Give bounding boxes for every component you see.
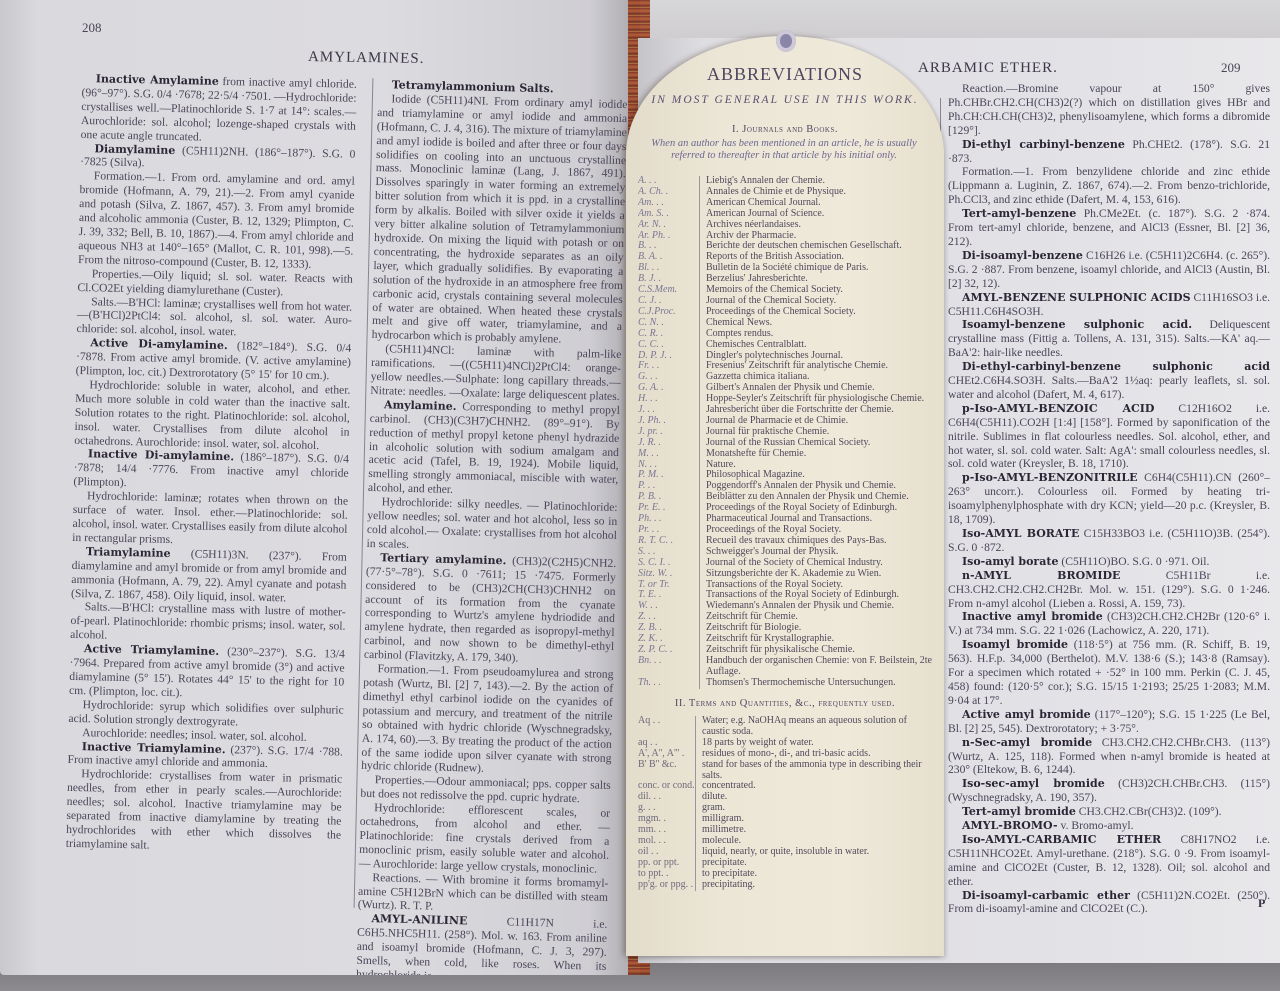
entry-text: Salts.—B'HCl: laminæ; crystallises well …	[76, 295, 352, 339]
entry-heading: AMYL-BENZENE SULPHONIC ACIDS	[962, 291, 1191, 304]
entry-text: CHEt2.C6H4.SO3H. Salts.—BaA'2 1½aq: pear…	[948, 374, 1270, 401]
entry-heading: Iso-amyl borate	[962, 555, 1058, 568]
article-paragraph: Di-isoamyl-benzene C16H26 i.e. (C5H11)2C…	[948, 249, 1270, 291]
abbreviation-meaning: Thomsen's Thermochemische Untersuchungen…	[700, 678, 896, 689]
abbreviation: Pr. . .	[638, 525, 700, 536]
abbreviation: R. T. C. .	[638, 536, 700, 547]
entry-heading: n-AMYL BROMIDE	[962, 569, 1120, 582]
article-paragraph: Formation.—1. From pseudoamylurea and st…	[361, 662, 614, 779]
abbreviation: C.J.Proc.	[638, 307, 700, 318]
section-heading-terms: II. Terms and Quantities, &c., frequentl…	[626, 698, 944, 709]
entry-text: Hydrochloride: soluble in water, alcohol…	[74, 378, 350, 451]
abbreviation-row: C. C. .Chemisches Centralblatt.	[638, 340, 934, 351]
entry-heading: Di-ethyl-carbinyl-benzene sulphonic acid	[962, 360, 1270, 373]
entry-heading: Amylamine.	[384, 398, 457, 413]
abbreviation: Z. P. C. .	[638, 645, 700, 656]
abbreviation-row: Am. S. .American Journal of Science.	[638, 209, 934, 220]
abbreviation: A', A'', A''' .	[638, 749, 696, 760]
abbreviation: oil . .	[638, 847, 696, 858]
entry-text: Reactions. — With bromine it forms broma…	[358, 871, 609, 913]
entry-heading: Iso-AMYL BORATE	[962, 527, 1079, 540]
article-paragraph: Iso-amyl borate (C5H11O)BO. S.G. 0 ·971.…	[948, 555, 1270, 569]
abbreviation: Ph. . .	[638, 514, 700, 525]
abbreviation-row: Bn. . .Handbuch der organischen Chemie: …	[638, 656, 934, 678]
left-column-2: Tetramylammonium Salts.Iodide (C5H11)4NI…	[356, 78, 628, 975]
abbreviation: J. . .	[638, 405, 700, 416]
entry-heading: Isoamyl-benzene sulphonic acid.	[962, 318, 1192, 331]
article-paragraph: Triamylamine (C5H11)3N. (237°). From dia…	[71, 545, 347, 606]
entry-heading: Active amyl bromide	[962, 708, 1091, 721]
entry-text: Hydrochloride: syrup which solidifies ov…	[68, 698, 344, 728]
abbreviation-row: to ppt. .to precipitate.	[638, 869, 934, 880]
abbreviation-row: Sitz. W. .Sitzungsberichte der K. Akadem…	[638, 569, 934, 580]
abbreviation-meaning: stand for bases of the ammonia type in d…	[696, 760, 934, 782]
article-paragraph: Hydrochloride: laminæ; rotates when thro…	[72, 489, 348, 550]
article-paragraph: Iodide (C5H11)4NI. From ordinary amyl io…	[372, 92, 628, 348]
entry-heading: Iso-sec-amyl bromide	[962, 777, 1105, 790]
entry-heading: Tert-amyl bromide	[962, 805, 1076, 818]
abbreviation: Ar. N. .	[638, 220, 700, 231]
abbreviation: S. C. I. .	[638, 558, 700, 569]
journals-abbreviation-table: A. . .Liebig's Annalen der Chemie.A. Ch.…	[638, 176, 934, 689]
entry-heading: Iso-AMYL-CARBAMIC ETHER	[962, 833, 1161, 846]
abbreviation: H. . .	[638, 394, 700, 405]
abbreviation: C. C. .	[638, 340, 700, 351]
entry-text: Properties.—Oily liquid; sl. sol. water.…	[77, 267, 353, 298]
abbreviations-bookmark[interactable]: ABBREVIATIONS IN MOST GENERAL USE IN THI…	[626, 36, 944, 956]
entry-text: Hydrochloride: laminæ; rotates when thro…	[72, 489, 348, 546]
abbreviation: Pr. E. .	[638, 503, 700, 514]
article-paragraph: Inactive amyl bromide (CH3)2CH.CH2.CH2Br…	[948, 610, 1270, 638]
article-paragraph: Hydrochloride: soluble in water, alcohol…	[74, 378, 350, 453]
article-paragraph: Tert-amyl bromide CH3.CH2.CBr(CH3)2. (10…	[948, 805, 1270, 819]
abbreviation-row: C.J.Proc.Proceedings of the Chemical Soc…	[638, 307, 934, 318]
entry-heading: Diamylamine	[94, 142, 175, 157]
abbreviation: mgm. .	[638, 814, 696, 825]
terms-abbreviation-table: Aq . .Water; e.g. NaOHAq means an aqueou…	[638, 716, 934, 891]
abbreviation: P. . .	[638, 481, 700, 492]
abbreviation: dil. . .	[638, 792, 696, 803]
section-note: When an author has been mentioned in an …	[644, 138, 924, 162]
entry-heading: p-Iso-AMYL-BENZOIC ACID	[962, 402, 1154, 415]
article-paragraph: Amylamine. Corresponding to methyl propy…	[368, 398, 620, 501]
abbreviation: T. or Tr.	[638, 580, 700, 591]
article-paragraph: Active Di-amylamine. (182°–184°). S.G. 0…	[76, 336, 352, 383]
abbreviation: C. N. .	[638, 318, 700, 329]
abbreviation: P. B. .	[638, 492, 700, 503]
article-paragraph: Iso-sec-amyl bromide (CH3)2CH.CHBr.CH3. …	[948, 777, 1270, 805]
entry-text: Hydrochloride: silky needles. — Platinoc…	[366, 495, 617, 550]
article-paragraph: Isoamyl bromide (118·5°) at 756 mm. (R. …	[948, 638, 1270, 708]
abbreviation: Bn. . .	[638, 656, 700, 678]
page-number-left: 208	[82, 20, 102, 36]
entry-text: (C5H11)4NCl: laminæ with palm-like ramif…	[370, 342, 621, 402]
entry-heading: Tert-amyl-benzene	[962, 207, 1076, 220]
bookmark-title: ABBREVIATIONS	[626, 64, 944, 85]
abbreviation: Fr. . .	[638, 361, 700, 372]
abbreviation: Ar. Ph. .	[638, 231, 700, 242]
entry-text: Formation.—1. From benzylidene chloride …	[948, 165, 1270, 206]
entry-text: v. Bromo-amyl.	[1058, 819, 1134, 832]
article-paragraph: Inactive Amylamine from inactive amyl ch…	[81, 72, 357, 147]
article-paragraph: p-Iso-AMYL-BENZOIC ACID C12H16O2 i.e. C6…	[948, 402, 1270, 472]
entry-text: CH3.CH2.CBr(CH3)2. (109°).	[1076, 805, 1222, 818]
abbreviation: aq . .	[638, 738, 696, 749]
abbreviation-meaning: Comptes rendus.	[700, 329, 773, 340]
entry-text: Corresponding to methyl propyl carbinol.…	[368, 400, 620, 496]
article-paragraph: Isoamyl-benzene sulphonic acid. Deliques…	[948, 318, 1270, 360]
article-paragraph: AMYL-ANILINE C11H17N i.e. C6H5.NHC5H11. …	[356, 912, 608, 975]
abbreviation-meaning: precipitating.	[696, 880, 755, 891]
abbreviation-row: S. C. I. .Journal of the Society of Chem…	[638, 558, 934, 569]
abbreviation: C. R. .	[638, 329, 700, 340]
abbreviation-row: oil . .liquid, nearly, or quite, insolub…	[638, 847, 934, 858]
abbreviation: Sitz. W. .	[638, 569, 700, 580]
abbreviation-meaning: Archives néerlandaises.	[700, 220, 801, 231]
entry-heading: Triamylamine	[86, 545, 171, 560]
abbreviation: B. . .	[638, 241, 700, 252]
abbreviation: B. A. .	[638, 252, 700, 263]
abbreviation-row: conc. or cond.concentrated.	[638, 781, 934, 792]
article-paragraph: Formation.—1. From ord. amylamine and or…	[78, 169, 355, 272]
article-paragraph: Di-ethyl carbinyl-benzene Ph.CHEt2. (178…	[948, 138, 1270, 166]
entry-text: Hydrochloride: efflorescent scales, or o…	[359, 801, 611, 875]
abbreviation: Z. B. .	[638, 623, 700, 634]
entry-text: (CH3)2(C2H5)CNH2. (77·5°–78°). S.G. 0 ·7…	[364, 554, 617, 665]
abbreviation: N. . .	[638, 460, 700, 471]
abbreviation-meaning: Chemisches Centralblatt.	[700, 340, 807, 351]
abbreviation: Z. K. .	[638, 634, 700, 645]
abbreviation: to ppt. .	[638, 869, 696, 880]
entry-text: Iodide (C5H11)4NI. From ordinary amyl io…	[372, 92, 628, 346]
abbreviation: A. Ch. .	[638, 187, 700, 198]
abbreviation: C. J. .	[638, 296, 700, 307]
abbreviation: J. pr. .	[638, 427, 700, 438]
abbreviation: W. . .	[638, 601, 700, 612]
abbreviation: B' B'' &c.	[638, 760, 696, 782]
article-paragraph: Salts.—B'HCl: crystalline mass with lust…	[70, 600, 346, 647]
abbreviation: J. R. .	[638, 438, 700, 449]
abbreviation: D. P. J. .	[638, 351, 700, 362]
article-paragraph: Active Triamylamine. (230°–237°). S.G. 1…	[69, 642, 345, 703]
abbreviation-row: M. . .Monatshefte für Chemie.	[638, 449, 934, 460]
entry-heading: Inactive amyl bromide	[962, 610, 1103, 623]
abbreviation: G. A. .	[638, 383, 700, 394]
abbreviation: T. E. .	[638, 590, 700, 601]
page-number-right: 209	[1221, 60, 1241, 76]
abbreviation: Z. . .	[638, 612, 700, 623]
entry-heading: AMYL-ANILINE	[371, 912, 467, 927]
article-paragraph: Iso-AMYL BORATE C15H33BO3 i.e. (C5H11O)3…	[948, 527, 1270, 555]
article-paragraph: Reactions. — With bromine it forms broma…	[358, 870, 609, 918]
abbreviation: Bl. . .	[638, 263, 700, 274]
article-paragraph: Active amyl bromide (117°–120°); S.G. 15…	[948, 708, 1270, 736]
article-paragraph: (C5H11)4NCl: laminæ with palm-like ramif…	[370, 342, 621, 404]
article-paragraph: Hydrochloride: crystallises from water i…	[66, 767, 343, 856]
entry-heading: Di-ethyl carbinyl-benzene	[962, 138, 1125, 151]
abbreviation-meaning: to precipitate.	[696, 869, 757, 880]
entry-heading: Di-isoamyl-benzene	[962, 249, 1083, 262]
entry-heading: n-Sec-amyl bromide	[962, 736, 1092, 749]
abbreviation: M. . .	[638, 449, 700, 460]
abbreviation-meaning: Sitzungsberichte der K. Akademie zu Wien…	[700, 569, 881, 580]
article-paragraph: Formation.—1. From benzylidene chloride …	[948, 165, 1270, 207]
abbreviation: pp. or ppt.	[638, 858, 696, 869]
article-paragraph: n-AMYL BROMIDE C5H11Br i.e. CH3.CH2.CH2.…	[948, 569, 1270, 611]
abbreviation-row: A', A'', A''' .residues of mono-, di-, a…	[638, 749, 934, 760]
article-paragraph: Salts.—B'HCl: laminæ; crystallises well …	[76, 294, 352, 341]
abbreviation: A. . .	[638, 176, 700, 187]
abbreviation: g. . .	[638, 803, 696, 814]
abbreviation-row: pp'g. or ppg. .precipitating.	[638, 880, 934, 891]
entry-text: Formation.—1. From pseudoamylurea and st…	[361, 662, 614, 775]
abbreviation-meaning: residues of mono-, di-, and tri-basic ac…	[696, 749, 871, 760]
article-paragraph: Reaction.—Bromine vapour at 150° gives P…	[948, 82, 1270, 138]
article-paragraph: Tertiary amylamine. (CH3)2(C2H5)CNH2. (7…	[364, 551, 617, 668]
article-paragraph: n-Sec-amyl bromide CH3.CH2.CH2.CHBr.CH3.…	[948, 736, 1270, 778]
article-paragraph: Di-ethyl-carbinyl-benzene sulphonic acid…	[948, 360, 1270, 402]
abbreviation: C.S.Mem.	[638, 285, 700, 296]
bookmark-subtitle: IN MOST GENERAL USE IN THIS WORK.	[626, 94, 944, 106]
entry-heading: Di-isoamyl-carbamic ether	[962, 889, 1130, 902]
article-paragraph: Iso-AMYL-CARBAMIC ETHER C8H17NO2 i.e. C5…	[948, 833, 1270, 889]
bookmark-punch-hole	[776, 30, 796, 52]
left-page: 208 AMYLAMINES. Inactive Amylamine from …	[0, 0, 640, 975]
section-heading-journals: I. Journals and Books.	[626, 124, 944, 135]
entry-heading: p-Iso-AMYL-BENZONITRILE	[962, 471, 1138, 484]
abbreviation: P. M. .	[638, 470, 700, 481]
entry-heading: Isoamyl bromide	[962, 638, 1068, 651]
abbreviation: S. . .	[638, 547, 700, 558]
entry-heading: AMYL-BROMO-	[962, 819, 1058, 832]
abbreviation: mm. . .	[638, 825, 696, 836]
article-paragraph: Hydrochloride: silky needles. — Platinoc…	[366, 495, 617, 557]
entry-text: Formation.—1. From ord. amylamine and or…	[78, 170, 355, 271]
abbreviation-row: g. . .gram.	[638, 803, 934, 814]
abbreviation-meaning: Handbuch der organischen Chemie: von F. …	[700, 656, 934, 678]
abbreviation-meaning: Water; e.g. NaOHAq means an aqueous solu…	[696, 716, 934, 738]
right-column: Reaction.—Bromine vapour at 150° gives P…	[948, 82, 1270, 916]
entry-text: (C5H11O)BO. S.G. 0 ·971. Oil.	[1058, 555, 1209, 568]
article-paragraph: Hydrochloride: efflorescent scales, or o…	[359, 801, 611, 877]
abbreviation: pp'g. or ppg. .	[638, 880, 696, 891]
abbreviation: B. J. .	[638, 274, 700, 285]
abbreviation-row: C. R. .Comptes rendus.	[638, 329, 934, 340]
abbreviation-row: B' B'' &c.stand for bases of the ammonia…	[638, 760, 934, 782]
abbreviation-row: mm. . .millimetre.	[638, 825, 934, 836]
abbreviation: Am. S. .	[638, 209, 700, 220]
abbreviation-row: C. N. .Chemical News.	[638, 318, 934, 329]
left-column-1: Inactive Amylamine from inactive amyl ch…	[66, 72, 357, 856]
abbreviation: Th. . .	[638, 678, 700, 689]
abbreviation-meaning: American Journal of Science.	[700, 209, 824, 220]
abbreviation-row: Ar. N. .Archives néerlandaises.	[638, 220, 934, 231]
entry-text: Reaction.—Bromine vapour at 150° gives P…	[948, 82, 1270, 137]
abbreviation: Aq . .	[638, 716, 696, 738]
article-paragraph: AMYL-BENZENE SULPHONIC ACIDS C11H16SO3 i…	[948, 291, 1270, 319]
abbreviation-row: Aq . .Water; e.g. NaOHAq means an aqueou…	[638, 716, 934, 738]
abbreviation: Am. . .	[638, 198, 700, 209]
abbreviation-meaning: Journal of the Society of Chemical Indus…	[700, 558, 883, 569]
signature-mark: P	[1258, 896, 1265, 911]
article-paragraph: AMYL-BROMO- v. Bromo-amyl.	[948, 819, 1270, 833]
abbreviation-row: dil. . .dilute.	[638, 792, 934, 803]
abbreviation: G. . .	[638, 372, 700, 383]
article-paragraph: p-Iso-AMYL-BENZONITRILE C6H4(C5H11).CN (…	[948, 471, 1270, 527]
abbreviation-row: Th. . .Thomsen's Thermochemische Untersu…	[638, 678, 934, 689]
article-paragraph: Tert-amyl-benzene Ph.CMe2Et. (c. 187°). …	[948, 207, 1270, 249]
abbreviation-row: pp. or ppt.precipitate.	[638, 858, 934, 869]
abbreviation-row: mgm. .milligram.	[638, 814, 934, 825]
entry-text: Properties.—Odour ammoniacal; pps. coppe…	[360, 773, 611, 805]
abbreviation: conc. or cond.	[638, 781, 696, 792]
entry-heading: Inactive Amylamine	[96, 72, 219, 88]
abbreviation: mol. . .	[638, 836, 696, 847]
running-head-left: AMYLAMINES.	[308, 49, 425, 68]
entry-text: Hydrochloride: crystallises from water i…	[66, 767, 343, 851]
entry-text: Salts.—B'HCl: crystalline mass with lust…	[70, 601, 346, 642]
article-paragraph: Inactive Di-amylamine. (186°–187°). S.G.…	[73, 447, 349, 494]
article-paragraph: Di-isoamyl-carbamic ether (C5H11)2N.CO2E…	[948, 889, 1270, 917]
abbreviation: J. Ph. .	[638, 416, 700, 427]
abbreviation-meaning: Monatshefte für Chemie.	[700, 449, 806, 460]
